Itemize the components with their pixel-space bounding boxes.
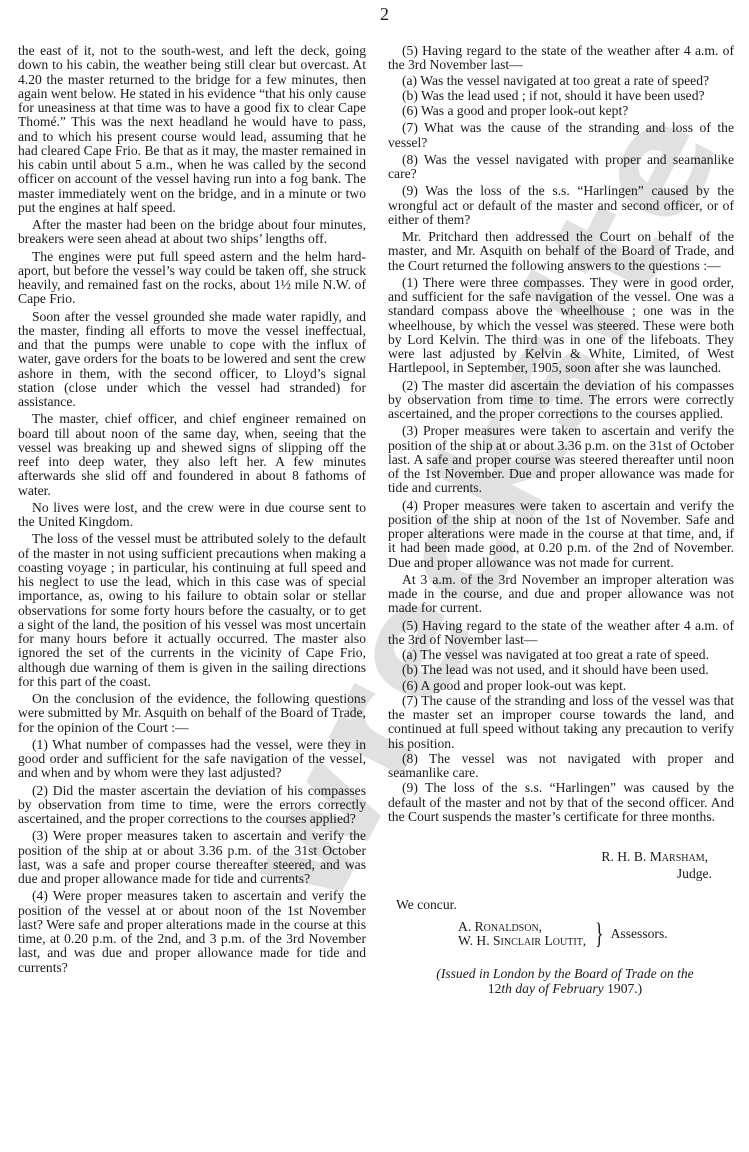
concur-statement: We concur. <box>388 898 734 912</box>
answer-6: (6) A good and proper look-out was kept. <box>388 679 734 693</box>
judge-name: R. H. B. Marsham, <box>388 850 734 864</box>
issued-close: .) <box>634 981 642 996</box>
question-8: (8) Was the vessel navigated with proper… <box>388 153 734 182</box>
question-5b: (b) Was the lead used ; if not, should i… <box>388 89 734 103</box>
assessor-2: W. H. Sinclair Loutit, <box>458 934 586 948</box>
paragraph: The loss of the vessel must be attribute… <box>18 532 366 689</box>
answer-5a: (a) The vessel was navigated at too grea… <box>388 648 734 662</box>
paragraph: The master, chief officer, and chief eng… <box>18 412 366 498</box>
answer-8: (8) The vessel was not navigated with pr… <box>388 752 734 781</box>
answer-7: (7) The cause of the stranding and loss … <box>388 694 734 751</box>
question-5a: (a) Was the vessel navigated at too grea… <box>388 74 734 88</box>
paragraph: Soon after the vessel grounded she made … <box>18 310 366 410</box>
assessors-label: Assessors. <box>611 927 668 941</box>
brace-icon: } <box>595 920 604 948</box>
issued-line-1: (Issued in London by the Board of Trade … <box>396 966 734 981</box>
question-7: (7) What was the cause of the stranding … <box>388 121 734 150</box>
answer-9: (9) The loss of the s.s. “Harlingen” was… <box>388 781 734 824</box>
issued-month-text: th day of February <box>501 981 607 996</box>
paragraph: No lives were lost, and the crew were in… <box>18 501 366 530</box>
question-4: (4) Were proper measures taken to ascert… <box>18 889 366 975</box>
right-column: (5) Having regard to the state of the we… <box>388 44 734 996</box>
paragraph-continued: the east of it, not to the south-west, a… <box>18 44 366 215</box>
assessor-names: A. Ronaldson, W. H. Sinclair Loutit, <box>458 920 586 948</box>
answer-3: (3) Proper measures were taken to ascert… <box>388 424 734 495</box>
question-1: (1) What number of compasses had the ves… <box>18 738 366 781</box>
assessor-1: A. Ronaldson, <box>458 920 586 934</box>
question-5-intro: (5) Having regard to the state of the we… <box>388 44 734 73</box>
answer-1: (1) There were three compasses. They wer… <box>388 276 734 376</box>
question-6: (6) Was a good and proper look-out kept? <box>388 104 734 118</box>
assessors-block: A. Ronaldson, W. H. Sinclair Loutit, } A… <box>388 920 734 948</box>
answer-2: (2) The master did ascertain the deviati… <box>388 379 734 422</box>
issued-year: 1907 <box>607 981 634 996</box>
paragraph: After the master had been on the bridge … <box>18 218 366 247</box>
answer-5-intro: (5) Having regard to the state of the we… <box>388 619 734 648</box>
question-2: (2) Did the master ascertain the deviati… <box>18 784 366 827</box>
answer-4-continued: At 3 a.m. of the 3rd November an imprope… <box>388 573 734 616</box>
issued-line-2: 12th day of February 1907.) <box>396 981 734 996</box>
left-column: the east of it, not to the south-west, a… <box>18 44 366 978</box>
transition-paragraph: Mr. Pritchard then addressed the Court o… <box>388 230 734 273</box>
answer-4: (4) Proper measures were taken to ascert… <box>388 499 734 570</box>
issued-day: 12 <box>488 981 502 996</box>
page-number: 2 <box>380 4 389 25</box>
question-3: (3) Were proper measures taken to ascert… <box>18 829 366 886</box>
paragraph: The engines were put full speed astern a… <box>18 250 366 307</box>
question-9: (9) Was the loss of the s.s. “Harlingen”… <box>388 184 734 227</box>
issued-note: (Issued in London by the Board of Trade … <box>388 966 734 996</box>
paragraph: On the conclusion of the evidence, the f… <box>18 692 366 735</box>
answer-5b: (b) The lead was not used, and it should… <box>388 663 734 677</box>
judge-title: Judge. <box>388 867 734 881</box>
